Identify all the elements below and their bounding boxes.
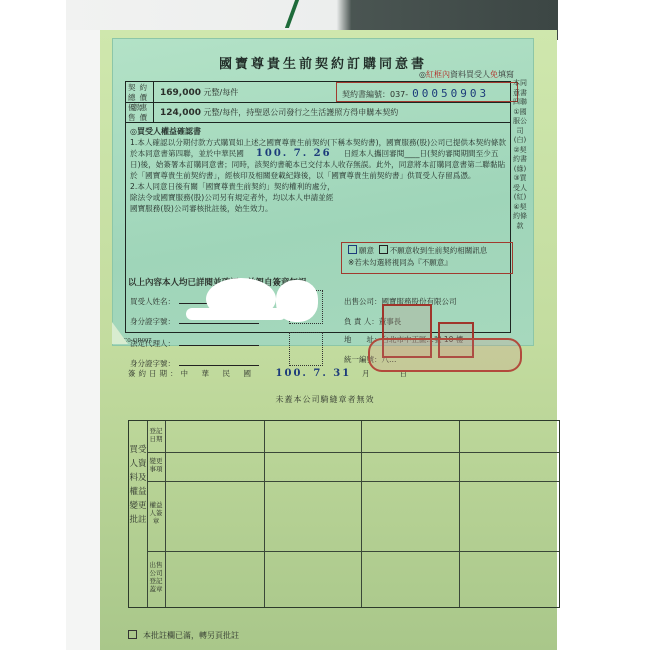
handwritten-sign-date: 100. 7. 31 (276, 368, 352, 379)
signing-date: 簽約日期：中 華 民 國 100. 7. 31 月 日 (128, 368, 410, 379)
red-frame-note: ◎紅框內資料買受人免填寫 (419, 69, 514, 80)
grid-divider (147, 452, 559, 453)
endorsement-table: 買受人資料及權益變更批註 登記日期 變更事項 權益人簽章 出售公司登記蓋章 (128, 420, 560, 608)
agree-checkbox[interactable] (348, 245, 357, 254)
handwritten-review-date: 100. 7. 26 (256, 148, 332, 159)
invalid-without-seal-note: 未蓋本公司騎縫章者無效 (0, 394, 650, 405)
grid-divider (361, 421, 362, 607)
endorsement-full-checkbox[interactable] (128, 630, 137, 639)
total-price-label: 契約總價款 (126, 82, 154, 102)
total-price-row: 契約總價款 169,000 元整/每件 契約書編號：037-00050903 (126, 82, 510, 103)
grid-divider (264, 421, 265, 607)
row-label-beneficiary-seal: 權益人簽章 (147, 501, 165, 525)
row-label-change: 變更事項 (147, 457, 165, 473)
contract-number-box: 契約書編號：037-00050903 (336, 82, 518, 102)
row-label-seller-seal: 出售公司登記蓋章 (147, 561, 165, 593)
row-label-date: 登記日期 (147, 427, 165, 443)
form-table: 契約總價款 169,000 元整/每件 契約書編號：037-00050903 優… (125, 81, 511, 333)
underlying-white-page (66, 30, 102, 650)
total-price-value: 169,000 元整/每件 (160, 87, 238, 98)
perforation-seal-stamp (368, 338, 522, 372)
consent-note: ※若未勾選將視同為『不願意』 (348, 257, 506, 269)
endorsement-full-note: 本批註欄已滿，轉另頁批註 (128, 630, 239, 641)
disagree-checkbox[interactable] (379, 245, 388, 254)
contract-number: 00050903 (412, 87, 489, 100)
folded-corner (112, 322, 128, 344)
endorsement-table-title: 買受人資料及權益變更批註 (129, 421, 147, 607)
grid-divider (147, 481, 559, 482)
grid-divider (147, 551, 559, 552)
buyer-rights-section: ◎買受人權益確認書 1.本人確認以分期付款方式購買如上述之國寶尊貴生前契約(下稱… (130, 126, 506, 214)
agent-seal-box (289, 332, 323, 366)
redaction-blot (186, 308, 286, 320)
section-title: ◎買受人權益確認書 (130, 126, 506, 137)
copy-distribution-note: 本同意書四聯①國服公司(白)②契約書(綠)③買受人(紅)④契約條款 (513, 79, 527, 231)
discount-price-value: 124,000 元整/每件，持聖恩公司發行之生活護照方得申購本契約 (160, 107, 398, 118)
grid-divider (165, 421, 166, 607)
clause-1: 1.本人確認以分期付款方式購買如上述之國寶尊貴生前契約(下稱本契約書)，國寶服務… (130, 137, 506, 181)
purchase-consent-form: 國寶尊貴生前契約訂購同意書 ◎紅框內資料買受人免填寫 契約總價款 169,000… (112, 38, 534, 346)
discount-price-row: 優惠售價 124,000 元整/每件，持聖恩公司發行之生活護照方得申購本契約 (126, 102, 510, 123)
clause-2: 2.本人同意日後有關「國寶尊貴生前契約」契約權利的處分，除法令或國寶服務(股)公… (130, 181, 340, 214)
consent-box: 願意 不願意收到生前契約相關訊息 ※若未勾選將視同為『不願意』 (341, 242, 513, 274)
grid-divider (459, 421, 460, 607)
discount-price-label: 優惠售價 (126, 102, 154, 122)
